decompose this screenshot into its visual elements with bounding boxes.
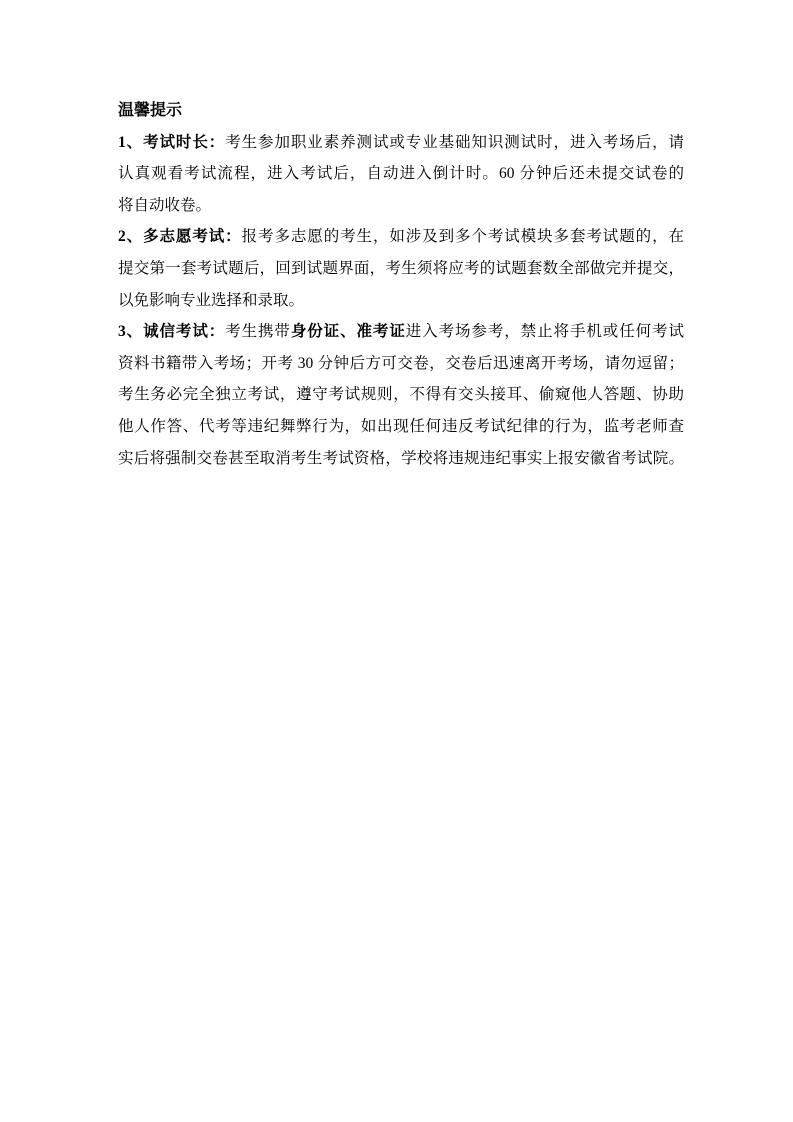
paragraph-1: 1、考试时长：考生参加职业素养测试或专业基础知识测试时，进入考场后，请认真观看考… <box>118 127 684 222</box>
text-line: 3、诚信考试：考生携带身份证、准考证进入考场参考，禁止将手机或任何考试 <box>118 316 684 348</box>
paragraph-3: 3、诚信考试：考生携带身份证、准考证进入考场参考，禁止将手机或任何考试资料书籍带… <box>118 316 684 474</box>
body-text-run: 考生携带 <box>225 323 291 340</box>
paragraphs-container: 1、考试时长：考生参加职业素养测试或专业基础知识测试时，进入考场后，请认真观看考… <box>118 127 684 475</box>
body-text-run: 将自动收卷。 <box>118 197 211 214</box>
body-text-run: 考生务必完全独立考试，遵守考试规则，不得有交头接耳、偷窥他人答题、协助 <box>118 386 684 403</box>
text-line: 实后将强制交卷甚至取消考生考试资格，学校将违规违纪事实上报安徽省考试院。 <box>118 443 684 475</box>
bold-text-run: 身份证、准考证 <box>291 323 406 340</box>
body-text-run: 实后将强制交卷甚至取消考生考试资格，学校将违规违纪事实上报安徽省考试院。 <box>118 450 684 467</box>
text-line: 2、多志愿考试：报考多志愿的考生，如涉及到多个考试模块多套考试题的，在 <box>118 221 684 253</box>
bold-text-run: 2、多志愿考试： <box>118 228 242 245</box>
body-text-run: 认真观看考试流程，进入考试后，自动进入倒计时。60 分钟后还未提交试卷的 <box>118 165 684 182</box>
body-text-run: 报考多志愿的考生，如涉及到多个考试模块多套考试题的，在 <box>242 228 684 245</box>
body-text-run: 提交第一套考试题后，回到试题界面，考生须将应考的试题套数全部做完并提交， <box>118 260 684 277</box>
text-line: 将自动收卷。 <box>118 190 684 222</box>
text-line: 资料书籍带入考场；开考 30 分钟后方可交卷，交卷后迅速离开考场，请勿逗留； <box>118 348 684 380</box>
text-line: 考生务必完全独立考试，遵守考试规则，不得有交头接耳、偷窥他人答题、协助 <box>118 379 684 411</box>
text-line: 认真观看考试流程，进入考试后，自动进入倒计时。60 分钟后还未提交试卷的 <box>118 158 684 190</box>
body-text-run: 资料书籍带入考场；开考 30 分钟后方可交卷，交卷后迅速离开考场，请勿逗留； <box>118 355 684 372</box>
body-text-run: 考生参加职业素养测试或专业基础知识测试时，进入考场后，请 <box>225 134 684 151</box>
text-line: 提交第一套考试题后，回到试题界面，考生须将应考的试题套数全部做完并提交， <box>118 253 684 285</box>
body-text-run: 他人作答、代考等违纪舞弊行为，如出现任何违反考试纪律的行为，监考老师查 <box>118 418 684 435</box>
text-line: 以免影响专业选择和录取。 <box>118 285 684 317</box>
document-title: 温馨提示 <box>118 95 684 127</box>
bold-text-run: 3、诚信考试： <box>118 323 225 340</box>
bold-text-run: 1、考试时长： <box>118 134 225 151</box>
document-page: 温馨提示 1、考试时长：考生参加职业素养测试或专业基础知识测试时，进入考场后，请… <box>0 0 793 1122</box>
text-line: 1、考试时长：考生参加职业素养测试或专业基础知识测试时，进入考场后，请 <box>118 127 684 159</box>
document-content: 温馨提示 1、考试时长：考生参加职业素养测试或专业基础知识测试时，进入考场后，请… <box>118 95 684 474</box>
paragraph-2: 2、多志愿考试：报考多志愿的考生，如涉及到多个考试模块多套考试题的，在提交第一套… <box>118 221 684 316</box>
text-line: 他人作答、代考等违纪舞弊行为，如出现任何违反考试纪律的行为，监考老师查 <box>118 411 684 443</box>
body-text-run: 以免影响专业选择和录取。 <box>118 292 304 309</box>
body-text-run: 进入考场参考，禁止将手机或任何考试 <box>406 323 684 340</box>
